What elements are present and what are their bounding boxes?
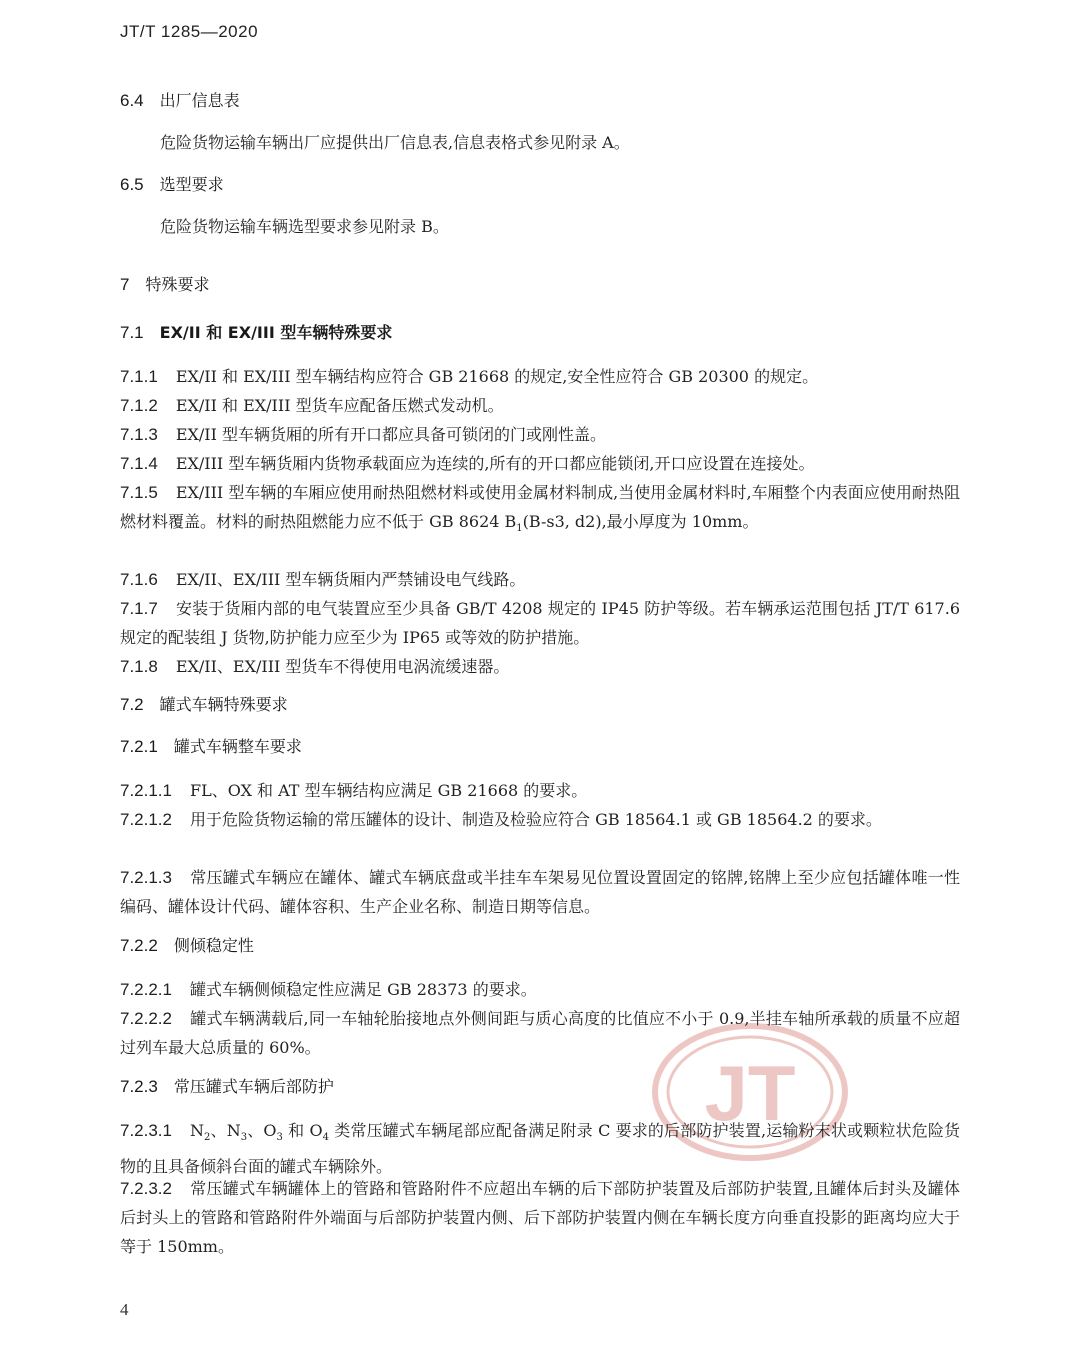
section-title: 选型要求 [160,175,224,194]
clause-7-2-3-2: 7.2.3.2常压罐式车辆罐体上的管路和管路附件不应超出车辆的后下部防护装置及后… [120,1174,960,1261]
clause-text: EX/III 型车辆货厢内货物承载面应为连续的,所有的开口都应能锁闭,开口应设置… [176,454,815,473]
clause-number: 7.1.2 [120,396,158,415]
section-title: 特殊要求 [145,275,209,294]
clause-7-1-8: 7.1.8EX/II、EX/III 型货车不得使用电涡流缓速器。 [120,652,960,681]
heading-7-1: 7.1EX/II 和 EX/III 型车辆特殊要求 [120,320,392,343]
clause-7-1-1: 7.1.1EX/II 和 EX/III 型车辆结构应符合 GB 21668 的规… [120,362,960,391]
clause-7-2-2-2: 7.2.2.2罐式车辆满载后,同一车轴轮胎接地点外侧间距与质心高度的比值应不小于… [120,1004,960,1062]
clause-number: 7.2.1.1 [120,781,172,800]
clause-text: 罐式车辆满载后,同一车轴轮胎接地点外侧间距与质心高度的比值应不小于 0.9,半挂… [120,1009,960,1057]
section-number: 7.2.3 [120,1077,158,1097]
section-title: 罐式车辆特殊要求 [160,695,288,714]
clause-number: 7.1.8 [120,657,158,676]
clause-7-2-1-1: 7.2.1.1FL、OX 和 AT 型车辆结构应满足 GB 21668 的要求。 [120,776,960,805]
paragraph-6-4: 危险货物运输车辆出厂应提供出厂信息表,信息表格式参见附录 A。 [120,128,960,157]
section-number: 7.2.1 [120,737,158,757]
clause-number: 7.2.2.2 [120,1009,172,1028]
paragraph-6-5: 危险货物运输车辆选型要求参见附录 B。 [120,212,960,241]
clause-7-1-2: 7.1.2EX/II 和 EX/III 型货车应配备压燃式发动机。 [120,391,960,420]
section-number: 6.5 [120,175,144,195]
clause-text: EX/II、EX/III 型货车不得使用电涡流缓速器。 [176,657,510,676]
clause-number: 7.2.1.3 [120,868,172,887]
clause-text: 常压罐式车辆应在罐体、罐式车辆底盘或半挂车车架易见位置设置固定的铭牌,铭牌上至少… [120,868,960,916]
clause-text: 用于危险货物运输的常压罐体的设计、制造及检验应符合 GB 18564.1 或 G… [190,810,882,829]
heading-6-5: 6.5选型要求 [120,172,224,195]
symbol: 、O [247,1121,276,1140]
clause-number: 7.2.3.2 [120,1179,172,1198]
clause-number: 7.1.7 [120,599,158,618]
clause-text: EX/II 和 EX/III 型货车应配备压燃式发动机。 [176,396,504,415]
clause-text: EX/II 和 EX/III 型车辆结构应符合 GB 21668 的规定,安全性… [176,367,818,386]
section-title: 出厂信息表 [160,91,240,110]
heading-7-2-1: 7.2.1罐式车辆整车要求 [120,734,302,757]
clause-number: 7.1.1 [120,367,158,386]
clause-7-1-7: 7.1.7安装于货厢内部的电气装置应至少具备 GB/T 4208 规定的 IP4… [120,594,960,652]
clause-text: EX/II、EX/III 型车辆货厢内严禁铺设电气线路。 [176,570,526,589]
symbol: 和 O [283,1121,323,1140]
heading-7: 7特殊要求 [120,272,209,295]
page-number: 4 [120,1300,129,1320]
clause-number: 7.1.5 [120,483,158,502]
clause-number: 7.1.3 [120,425,158,444]
symbol: 、N [210,1121,240,1140]
section-title: 常压罐式车辆后部防护 [174,1077,334,1096]
section-title: 罐式车辆整车要求 [174,737,302,756]
clause-7-1-4: 7.1.4EX/III 型车辆货厢内货物承载面应为连续的,所有的开口都应能锁闭,… [120,449,960,478]
clause-number: 7.2.3.1 [120,1121,172,1140]
symbol: N [190,1121,204,1140]
clause-7-2-1-3: 7.2.1.3常压罐式车辆应在罐体、罐式车辆底盘或半挂车车架易见位置设置固定的铭… [120,863,960,921]
clause-number: 7.1.6 [120,570,158,589]
clause-text: 常压罐式车辆罐体上的管路和管路附件不应超出车辆的后下部防护装置及后部防护装置,且… [120,1179,960,1256]
section-number: 7.2.2 [120,936,158,956]
clause-7-1-5: 7.1.5EX/III 型车辆的车厢应使用耐热阻燃材料或使用金属材料制成,当使用… [120,478,960,543]
heading-6-4: 6.4出厂信息表 [120,88,240,111]
standard-code-header: JT/T 1285—2020 [120,22,258,42]
clause-text: 罐式车辆侧倾稳定性应满足 GB 28373 的要求。 [190,980,537,999]
clause-7-2-3-1: 7.2.3.1N2、N3、O3 和 O4 类常压罐式车辆尾部应配备满足附录 C … [120,1116,960,1181]
heading-7-2: 7.2罐式车辆特殊要求 [120,692,288,715]
section-title: 侧倾稳定性 [174,936,254,955]
clause-number: 7.2.1.2 [120,810,172,829]
clause-7-2-1-2: 7.2.1.2用于危险货物运输的常压罐体的设计、制造及检验应符合 GB 1856… [120,805,960,834]
clause-7-2-2-1: 7.2.2.1罐式车辆侧倾稳定性应满足 GB 28373 的要求。 [120,975,960,1004]
section-number: 7.1 [120,323,144,343]
clause-7-1-6: 7.1.6EX/II、EX/III 型车辆货厢内严禁铺设电气线路。 [120,565,960,594]
heading-7-2-3: 7.2.3常压罐式车辆后部防护 [120,1074,334,1097]
clause-number: 7.1.4 [120,454,158,473]
clause-7-1-3: 7.1.3EX/II 型车辆货厢的所有开口都应具备可锁闭的门或刚性盖。 [120,420,960,449]
clause-text: 安装于货厢内部的电气装置应至少具备 GB/T 4208 规定的 IP45 防护等… [120,599,960,647]
heading-7-2-2: 7.2.2侧倾稳定性 [120,933,254,956]
section-number: 7 [120,275,129,295]
section-number: 7.2 [120,695,144,715]
clause-text: 类常压罐式车辆尾部应配备满足附录 C 要求的后部防护装置,运输粉末状或颗粒状危险… [120,1121,960,1176]
clause-number: 7.2.2.1 [120,980,172,999]
section-number: 6.4 [120,91,144,111]
clause-text: (B-s3, d2),最小厚度为 10mm。 [523,512,759,531]
section-title: EX/II 和 EX/III 型车辆特殊要求 [160,323,393,342]
clause-text: FL、OX 和 AT 型车辆结构应满足 GB 21668 的要求。 [190,781,587,800]
clause-text: EX/II 型车辆货厢的所有开口都应具备可锁闭的门或刚性盖。 [176,425,606,444]
